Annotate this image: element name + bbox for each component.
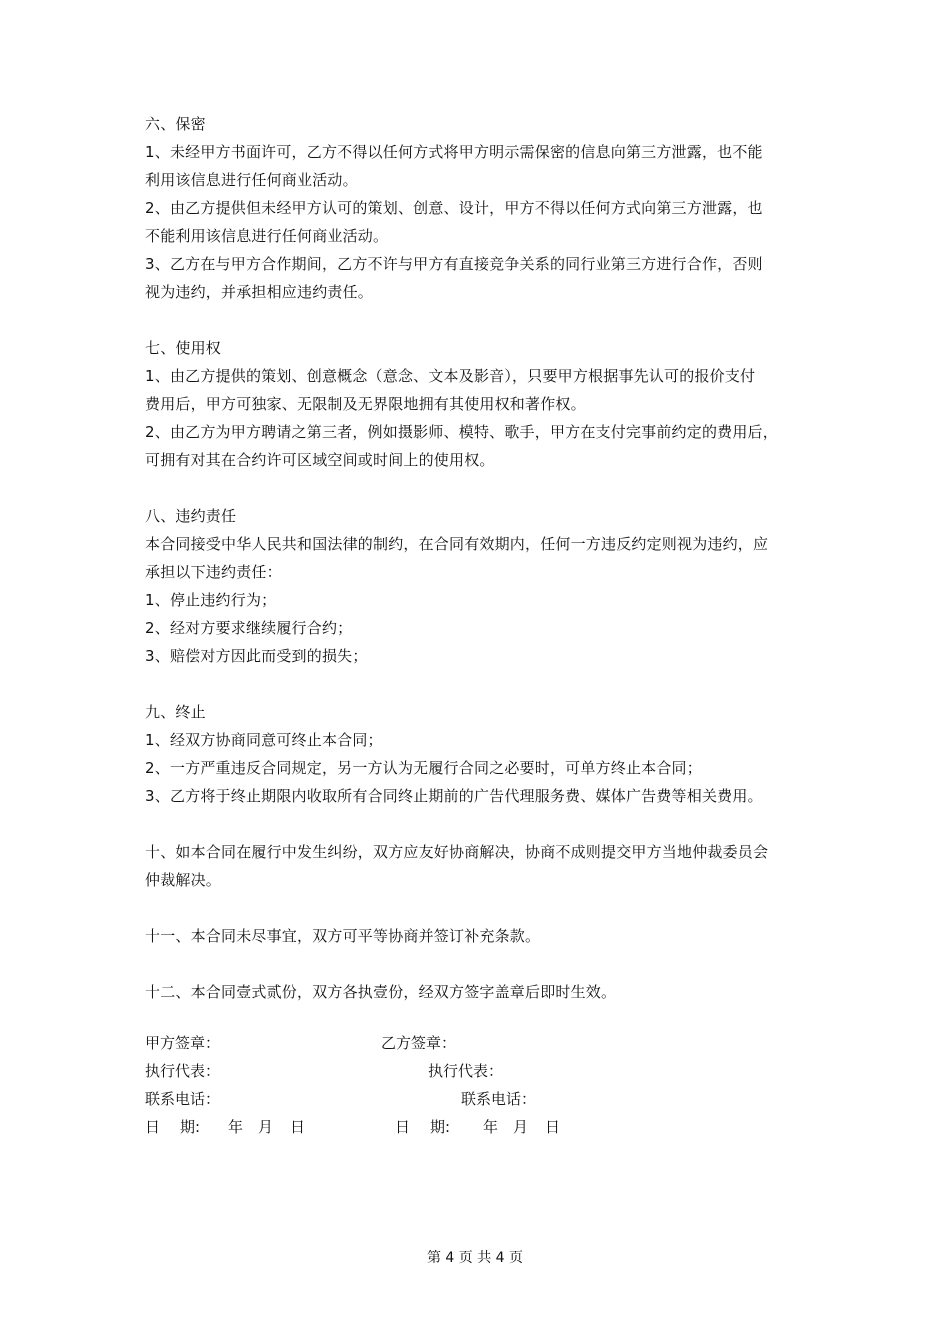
clause-line: 3、赔偿对方因此而受到的损失；	[145, 642, 815, 670]
clause-line: 费用后，甲方可独家、无限制及无界限地拥有其使用权和著作权。	[145, 390, 815, 418]
clause-line: 1、由乙方提供的策划、创意概念（意念、文本及影音），只要甲方根据事先认可的报价支…	[145, 362, 815, 390]
clause-line: 3、乙方将于终止期限内收取所有合同终止期前的广告代理服务费、媒体广告费等相关费用…	[145, 782, 815, 810]
section-heading: 六、保密	[145, 110, 815, 138]
phone-row: 联系电话： 联系电话：	[145, 1085, 645, 1113]
clause-line: 1、停止违约行为；	[145, 586, 815, 614]
party-b-year-label: 年	[483, 1113, 498, 1141]
party-b-day-label: 日	[545, 1113, 560, 1141]
party-b-month-label: 月	[513, 1113, 528, 1141]
spacer	[145, 810, 815, 838]
party-a-date-label-2: 期:	[180, 1113, 200, 1141]
page-number: 第 4 页 共 4 页	[0, 1248, 950, 1268]
representative-row: 执行代表： 执行代表：	[145, 1057, 645, 1085]
party-b-date-label-1: 日	[395, 1113, 410, 1141]
party-a-representative-label: 执行代表：	[145, 1057, 220, 1085]
spacer	[145, 670, 815, 698]
clause-line: 可拥有对其在合约许可区域空间或时间上的使用权。	[145, 446, 815, 474]
party-a-day-label: 日	[290, 1113, 305, 1141]
section-heading: 八、违约责任	[145, 502, 815, 530]
party-b-representative-label: 执行代表：	[428, 1057, 503, 1085]
spacer	[145, 306, 815, 334]
clause-line: 视为违约，并承担相应违约责任。	[145, 278, 815, 306]
party-b-seal-label: 乙方签章：	[381, 1029, 456, 1057]
clause-line: 1、经双方协商同意可终止本合同；	[145, 726, 815, 754]
spacer	[145, 950, 815, 978]
party-b-phone-label: 联系电话：	[461, 1085, 536, 1113]
signature-block: 甲方签章： 乙方签章： 执行代表： 执行代表： 联系电话： 联系电话： 日 期:…	[145, 1029, 645, 1141]
party-b-date-label-2: 期:	[430, 1113, 450, 1141]
spacer	[145, 894, 815, 922]
party-a-month-label: 月	[258, 1113, 273, 1141]
spacer	[145, 474, 815, 502]
party-a-seal-label: 甲方签章：	[145, 1029, 220, 1057]
clause-line: 3、乙方在与甲方合作期间，乙方不许与甲方有直接竞争关系的同行业第三方进行合作，否…	[145, 250, 815, 278]
clause-line: 本合同接受中华人民共和国法律的制约，在合同有效期内，任何一方违反约定则视为违约，…	[145, 530, 815, 558]
party-a-phone-label: 联系电话：	[145, 1085, 220, 1113]
clause-line: 仲裁解决。	[145, 866, 815, 894]
clause-line: 十一、本合同未尽事宜，双方可平等协商并签订补充条款。	[145, 922, 815, 950]
seal-row: 甲方签章： 乙方签章：	[145, 1029, 645, 1057]
contract-body: 六、保密 1、未经甲方书面许可，乙方不得以任何方式将甲方明示需保密的信息向第三方…	[145, 110, 815, 1006]
party-a-date-label-1: 日	[145, 1113, 160, 1141]
clause-line: 十、如本合同在履行中发生纠纷，双方应友好协商解决，协商不成则提交甲方当地仲裁委员…	[145, 838, 815, 866]
clause-line: 2、经对方要求继续履行合约；	[145, 614, 815, 642]
clause-line: 2、一方严重违反合同规定，另一方认为无履行合同之必要时，可单方终止本合同；	[145, 754, 815, 782]
party-a-year-label: 年	[228, 1113, 243, 1141]
clause-line: 利用该信息进行任何商业活动。	[145, 166, 815, 194]
clause-line: 2、由乙方为甲方聘请之第三者，例如摄影师、模特、歌手，甲方在支付完事前约定的费用…	[145, 418, 815, 446]
section-heading: 七、使用权	[145, 334, 815, 362]
clause-line: 2、由乙方提供但未经甲方认可的策划、创意、设计，甲方不得以任何方式向第三方泄露，…	[145, 194, 815, 222]
clause-line: 1、未经甲方书面许可，乙方不得以任何方式将甲方明示需保密的信息向第三方泄露，也不…	[145, 138, 815, 166]
clause-line: 十二、本合同壹式贰份，双方各执壹份，经双方签字盖章后即时生效。	[145, 978, 815, 1006]
date-row: 日 期: 年 月 日 日 期: 年 月 日	[145, 1113, 645, 1141]
clause-line: 不能利用该信息进行任何商业活动。	[145, 222, 815, 250]
section-heading: 九、终止	[145, 698, 815, 726]
clause-line: 承担以下违约责任：	[145, 558, 815, 586]
